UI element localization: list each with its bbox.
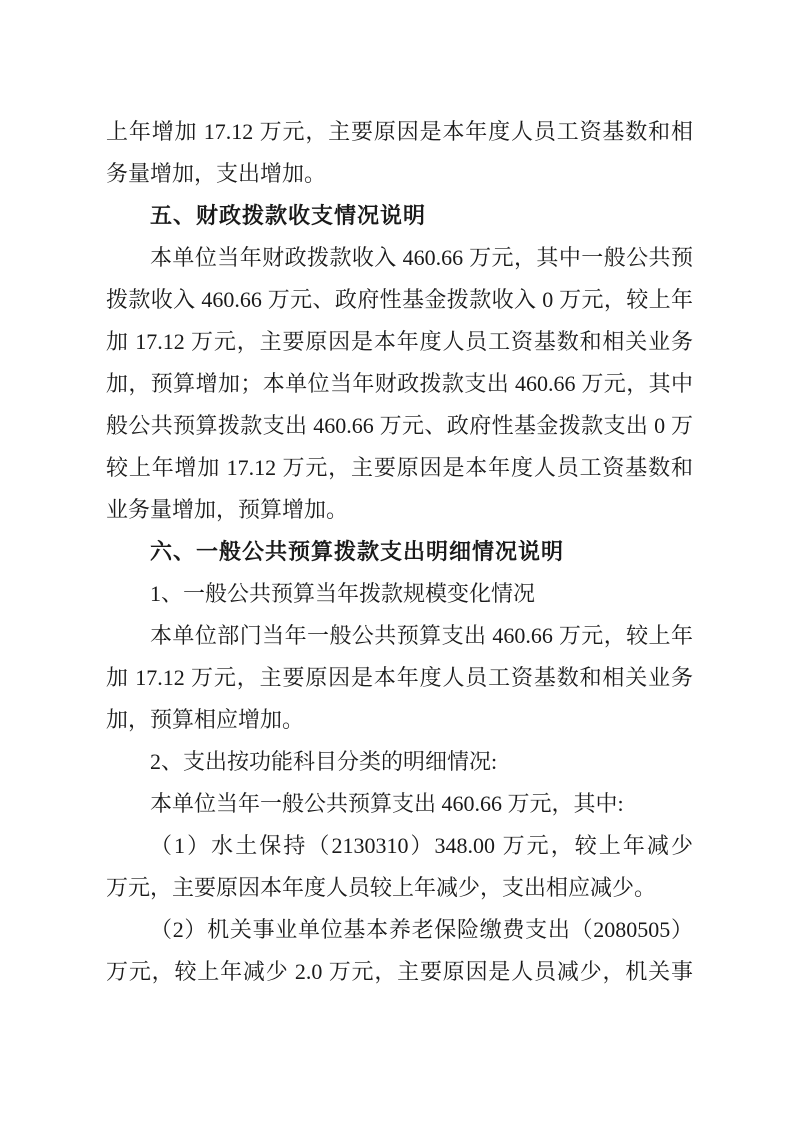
paragraph-block: （1）水土保持（2130310）348.00 万元，较上年减少 4.54万元，主… [106, 825, 693, 909]
text-line: 加 17.12 万元，主要原因是本年度人员工资基数和相关业务量增 [106, 321, 693, 363]
text-line: 业务量增加，预算增加。 [106, 489, 693, 531]
section-heading: 五、财政拨款收支情况说明 [106, 195, 693, 237]
text-line: 拨款收入 460.66 万元、政府性基金拨款收入 0 万元，较上年增 [106, 279, 693, 321]
paragraph-block: 本单位部门当年一般公共预算支出 460.66 万元，较上年增加 17.12 万元… [106, 615, 693, 741]
section-heading-block: 五、财政拨款收支情况说明 [106, 195, 693, 237]
paragraph-block: 2、支出按功能科目分类的明细情况: [106, 741, 693, 783]
text-line: 万元，较上年减少 2.0 万元，主要原因是人员减少，机关事业单 [106, 951, 693, 993]
text-line: 本单位部门当年一般公共预算支出 460.66 万元，较上年增 [106, 615, 693, 657]
text-line: 1、一般公共预算当年拨款规模变化情况 [106, 573, 693, 615]
section-heading-block: 六、一般公共预算拨款支出明细情况说明 [106, 531, 693, 573]
document-page: 上年增加 17.12 万元，主要原因是本年度人员工资基数和相关业务量增加，支出增… [0, 0, 793, 1122]
text-line: 上年增加 17.12 万元，主要原因是本年度人员工资基数和相关业 [106, 111, 693, 153]
text-line: 2、支出按功能科目分类的明细情况: [106, 741, 693, 783]
paragraph-block: 1、一般公共预算当年拨款规模变化情况 [106, 573, 693, 615]
section-heading: 六、一般公共预算拨款支出明细情况说明 [106, 531, 693, 573]
text-line: 本单位当年一般公共预算支出 460.66 万元，其中: [106, 783, 693, 825]
paragraph-block: 上年增加 17.12 万元，主要原因是本年度人员工资基数和相关业务量增加，支出增… [106, 111, 693, 195]
document-content: 上年增加 17.12 万元，主要原因是本年度人员工资基数和相关业务量增加，支出增… [106, 111, 693, 993]
text-line: 本单位当年财政拨款收入 460.66 万元，其中一般公共预算 [106, 237, 693, 279]
text-line: 务量增加，支出增加。 [106, 153, 693, 195]
paragraph-block: 本单位当年一般公共预算支出 460.66 万元，其中: [106, 783, 693, 825]
text-line: 较上年增加 17.12 万元，主要原因是本年度人员工资基数和相关 [106, 447, 693, 489]
paragraph-block: （2）机关事业单位基本养老保险缴费支出（2080505）50.00万元，较上年减… [106, 909, 693, 993]
text-line: 加，预算相应增加。 [106, 699, 693, 741]
text-line: 般公共预算拨款支出 460.66 万元、政府性基金拨款支出 0 万元， [106, 405, 693, 447]
text-line: 加 17.12 万元，主要原因是本年度人员工资基数和相关业务量增 [106, 657, 693, 699]
paragraph-block: 本单位当年财政拨款收入 460.66 万元，其中一般公共预算拨款收入 460.6… [106, 237, 693, 531]
text-line: 加，预算增加；本单位当年财政拨款支出 460.66 万元，其中一 [106, 363, 693, 405]
text-line: 万元，主要原因本年度人员较上年减少，支出相应减少。 [106, 867, 693, 909]
text-line: （1）水土保持（2130310）348.00 万元，较上年减少 4.54 [106, 825, 693, 867]
text-line: （2）机关事业单位基本养老保险缴费支出（2080505）50.00 [106, 909, 693, 951]
